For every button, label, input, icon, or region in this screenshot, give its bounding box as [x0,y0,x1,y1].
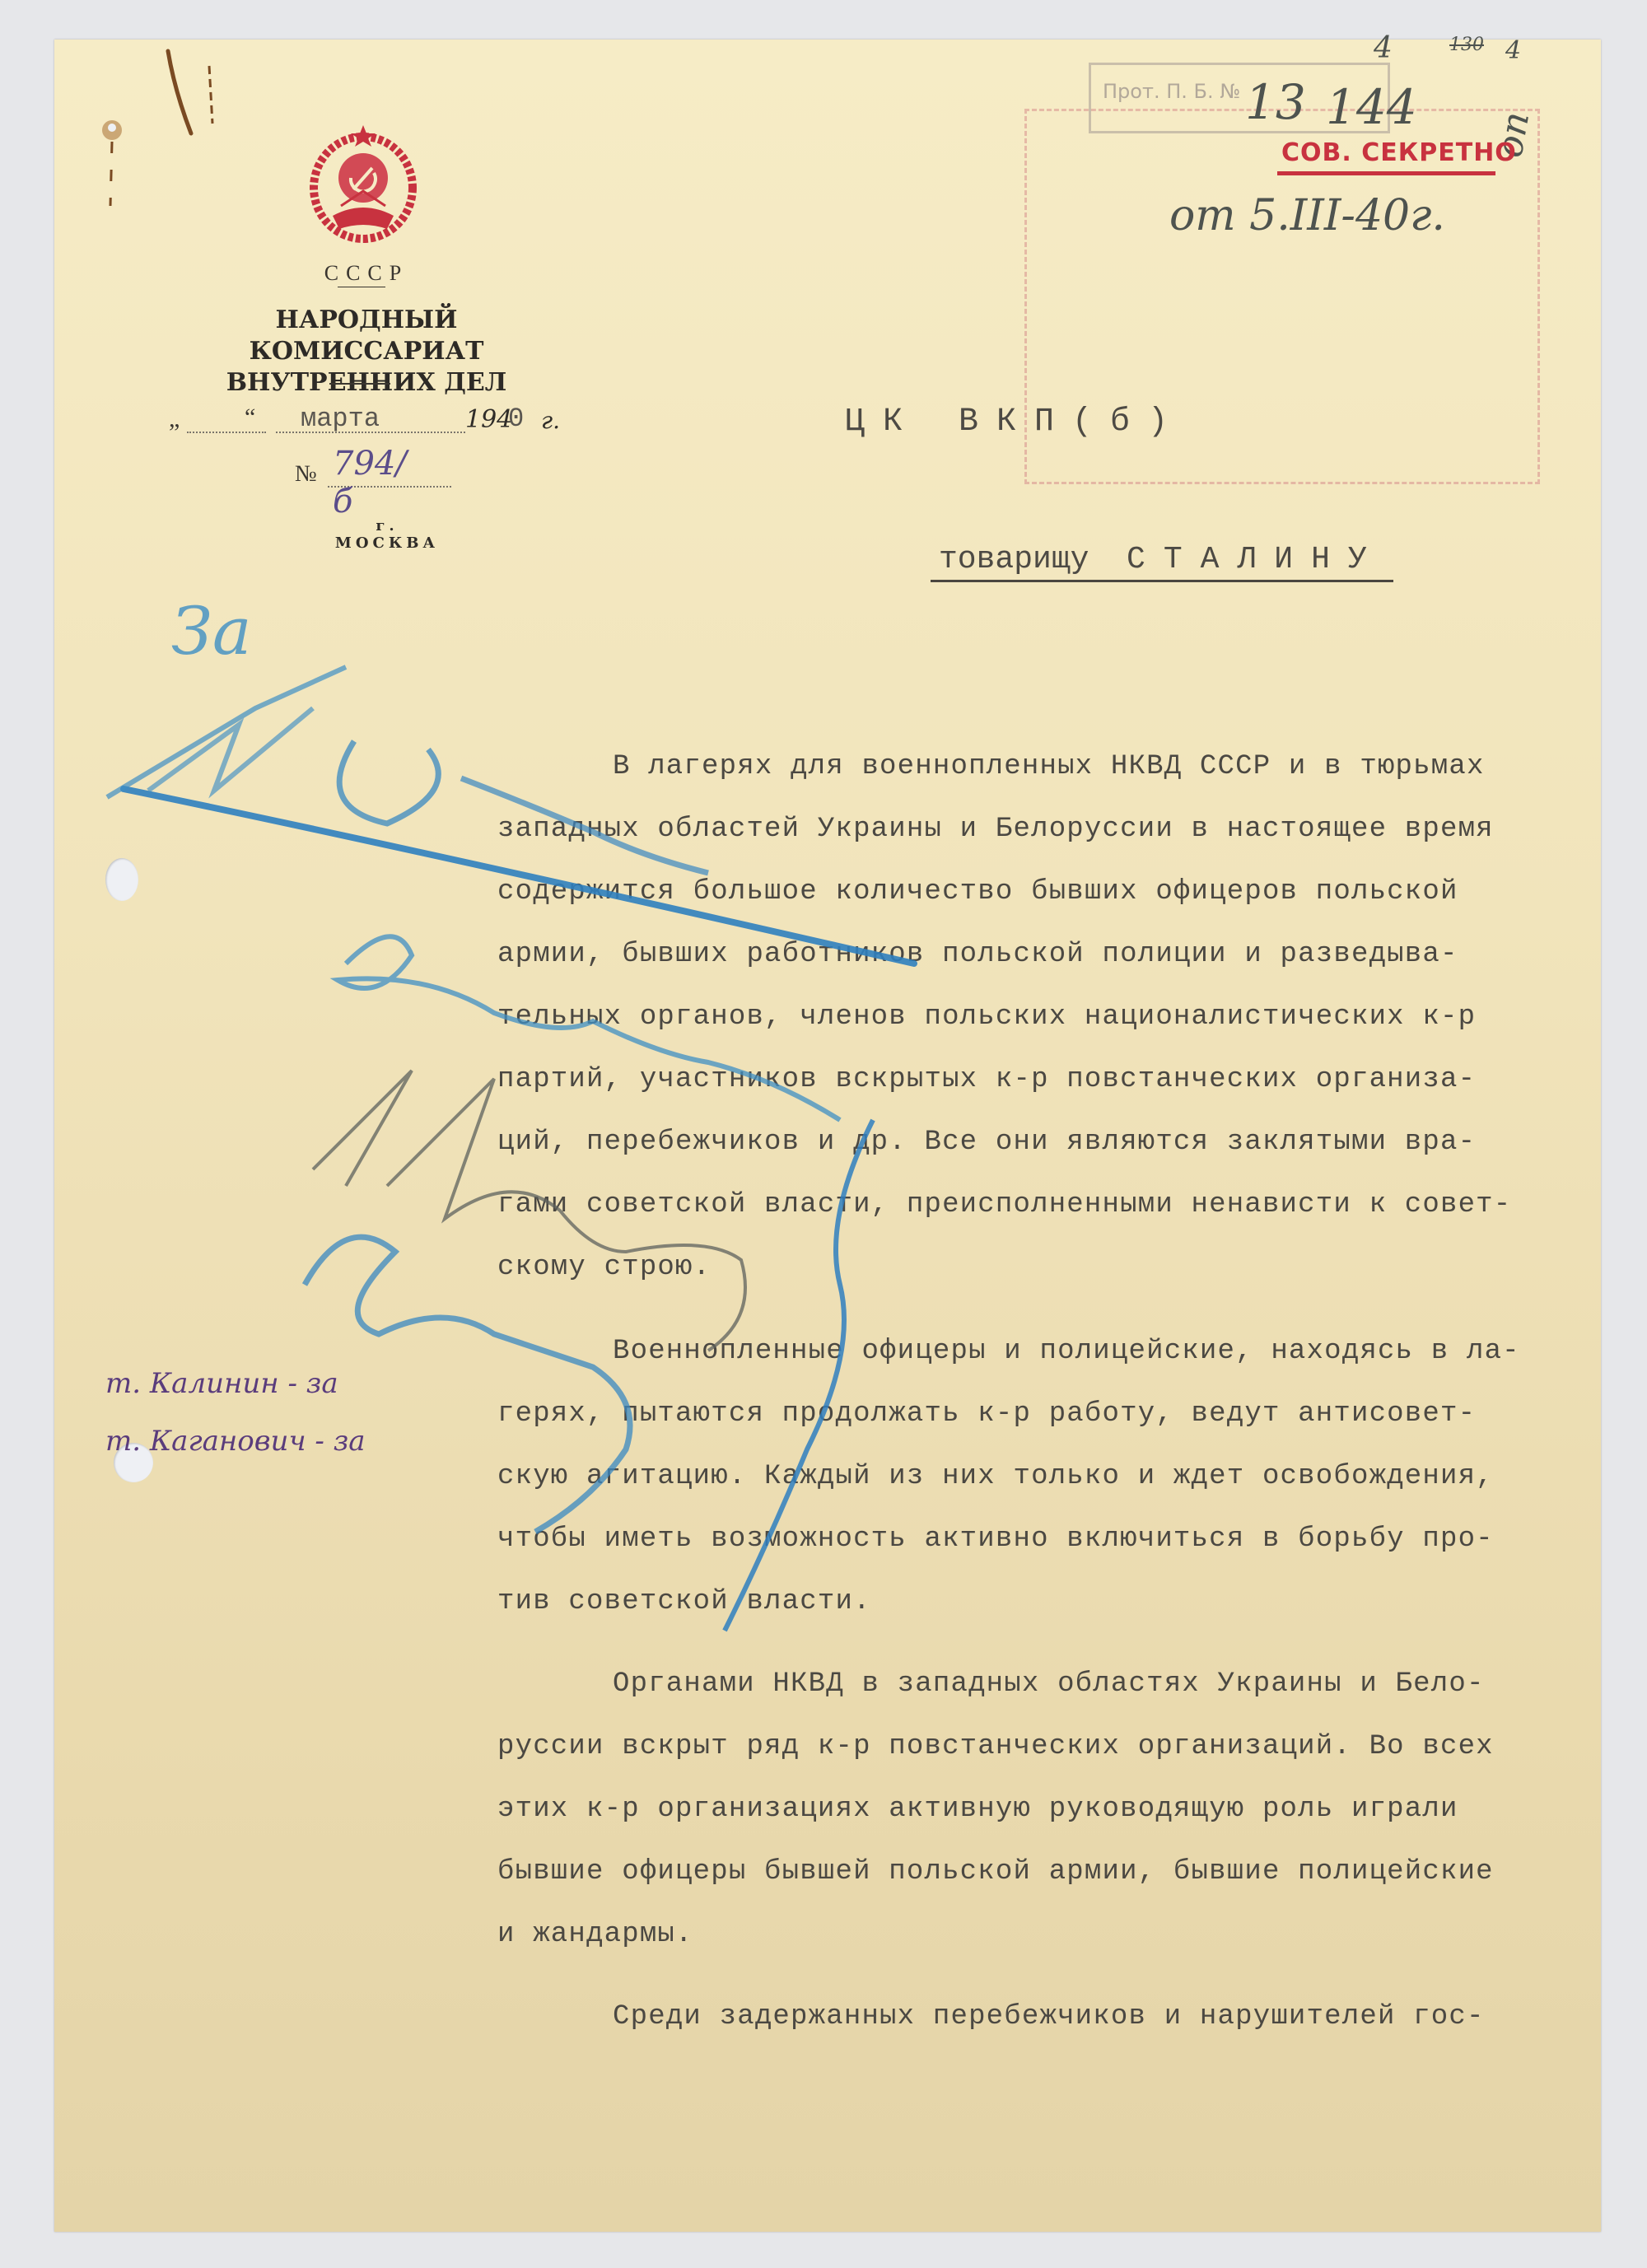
body-line: тельных органов, членов польских национа… [497,1001,1476,1033]
date-close-quote: “ [245,404,255,432]
approval-za: За [171,593,252,670]
body-line: бывшие офицеры бывшей польской армии, бы… [497,1856,1494,1888]
body-line: тив советской власти. [497,1586,871,1617]
letterhead-divider-2 [329,383,390,385]
letterhead-country: СССР [247,261,486,286]
handwritten-item-number: 144 [1326,79,1417,135]
date-month: марта [301,404,380,434]
body-line: и жандармы. [497,1919,693,1950]
addressee-prefix: товарищу [939,542,1089,577]
body-line: чтобы иметь возможность активно включить… [497,1524,1494,1555]
body-line: западных областей Украины и Белоруссии в… [497,814,1494,845]
number-label: № [295,461,317,488]
addressee-organization: ЦК ВКП(б) [845,404,1186,441]
addressee-underline [931,580,1393,582]
date-year-typed: 0 [508,404,524,434]
letterhead-city: г. МОСКВА [321,517,453,552]
body-line: руссии вскрыт ряд к-р повстанческих орга… [497,1731,1494,1762]
date-open-quote: „ [169,405,180,433]
ussr-emblem-icon [308,124,418,247]
body-line: В лагерях для военнопленных НКВД СССР и … [613,751,1485,782]
body-line: ций, перебежчиков и др. Все они являются… [497,1127,1476,1158]
handwritten-top-c: 4 [1505,36,1521,65]
letterhead-divider-1 [338,287,385,287]
body-line: скую агитацию. Каждый из них только и жд… [497,1461,1494,1492]
date-suffix: г. [541,407,560,434]
date-year-printed: 194 [465,405,512,434]
body-line: герях, пытаются продолжать к-р работу, в… [497,1398,1476,1430]
handwritten-date: от 5.III-40г. [1169,191,1445,240]
rust-stain-marks [0,0,247,214]
body-line: армии, бывших работников польской полици… [497,939,1458,970]
addressee-name: СТАЛИНУ [1127,542,1385,577]
punch-hole-upper [105,858,138,901]
margin-note-kaganovich: т. Каганович - за [105,1425,366,1458]
handwritten-top-a: 4 [1374,31,1393,65]
date-field: „ “ марта 194 0 г. [169,407,548,440]
registry-stamp-text: Прот. П. Б. № [1103,80,1240,103]
margin-note-kalinin: т. Калинин - за [105,1367,338,1400]
body-line: скому строю. [497,1252,711,1283]
addressee-person: товарищу СТАЛИНУ [939,542,1385,577]
classification-underline [1277,171,1495,175]
agency-line-1: НАРОДНЫЙ КОМИССАРИАТ [165,305,568,367]
body-line: этих к-р организациях активную руководящ… [497,1794,1458,1825]
body-line: содержится большое количество бывших офи… [497,876,1458,908]
number-value: 794/б [333,445,407,520]
body-line: Военнопленные офицеры и полицейские, нах… [613,1336,1520,1367]
body-line: партий, участников вскрытых к-р повстанч… [497,1064,1476,1095]
body-line: Органами НКВД в западных областях Украин… [613,1668,1485,1700]
handwritten-protocol-number: 13 [1245,74,1306,130]
handwritten-top-b: 130 [1449,35,1484,55]
classification-stamp: СОВ. СЕКРЕТНО [1281,138,1517,167]
body-line: Среди задержанных перебежчиков и нарушит… [613,2001,1485,2032]
body-line: гами советской власти, преисполненными н… [497,1189,1511,1220]
